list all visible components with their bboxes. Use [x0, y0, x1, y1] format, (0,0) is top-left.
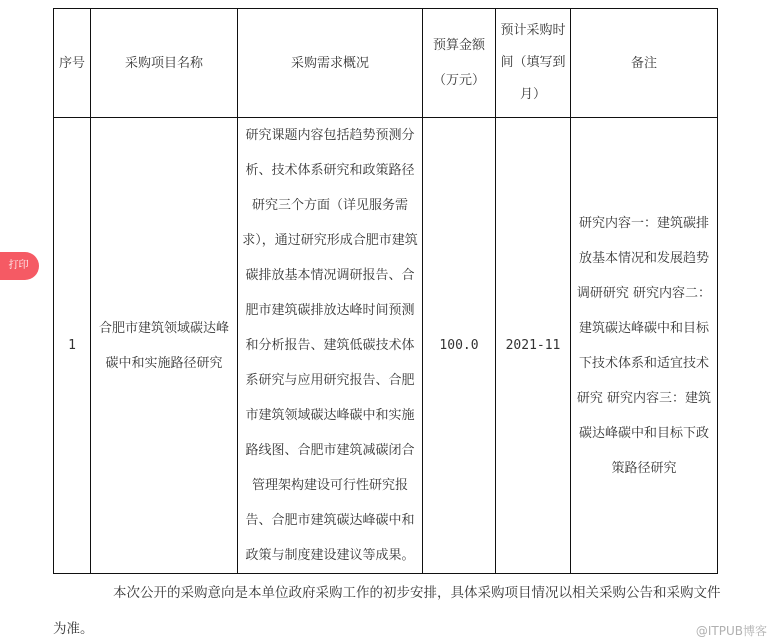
header-name: 采购项目名称 [91, 9, 238, 118]
watermark: @ITPUB博客 [696, 622, 767, 639]
cell-requirement: 研究课题内容包括趋势预测分析、技术体系研究和政策路径研究三个方面（详见服务需求）… [238, 118, 423, 574]
procurement-table: 序号 采购项目名称 采购需求概况 预算金额（万元） 预计采购时间（填写到月） 备… [53, 8, 718, 574]
cell-note: 研究内容一：建筑碳排放基本情况和发展趋势调研研究 研究内容二：建筑碳达峰碳中和目… [571, 118, 718, 574]
header-budget: 预算金额（万元） [423, 9, 496, 118]
cell-name: 合肥市建筑领域碳达峰碳中和实施路径研究 [91, 118, 238, 574]
table-header-row: 序号 采购项目名称 采购需求概况 预算金额（万元） 预计采购时间（填写到月） 备… [54, 9, 718, 118]
footer-paragraph: 本次公开的采购意向是本单位政府采购工作的初步安排，具体采购项目情况以相关采购公告… [53, 575, 723, 644]
table-row: 1 合肥市建筑领域碳达峰碳中和实施路径研究 研究课题内容包括趋势预测分析、技术体… [54, 118, 718, 574]
print-button[interactable]: 打印 [0, 252, 39, 280]
header-requirement: 采购需求概况 [238, 9, 423, 118]
cell-budget: 100.0 [423, 118, 496, 574]
header-seq: 序号 [54, 9, 91, 118]
header-time: 预计采购时间（填写到月） [496, 9, 571, 118]
cell-time: 2021-11 [496, 118, 571, 574]
cell-seq: 1 [54, 118, 91, 574]
header-note: 备注 [571, 9, 718, 118]
